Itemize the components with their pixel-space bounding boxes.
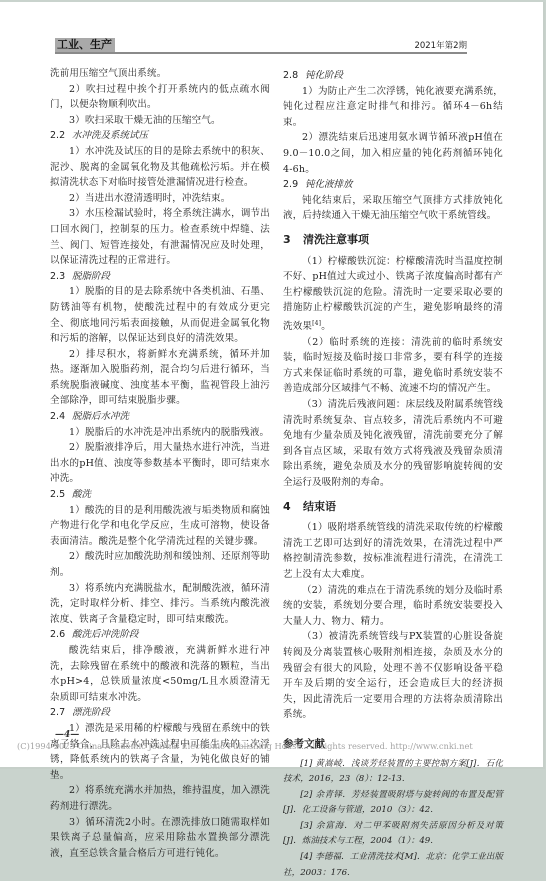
paragraph: 钝化结束后，采取压缩空气顶排方式排放钝化液，后持续通入干燥无油压缩空气吹干系统管… [283,193,503,224]
paragraph: 2）当进出水澄清透明时，冲洗结束。 [50,191,270,207]
paragraph: 3）吹扫采取干燥无油的压缩空气。 [50,113,270,129]
paragraph: 2）酸洗时应加酸洗助剂和缓蚀剂、还原剂等助剂。 [50,549,270,580]
paragraph: （1）柠檬酸铁沉淀：柠檬酸清洗时当温度控制不好、pH值过大或过小、铁离子浓度偏高… [283,254,503,335]
journal-page: 工业、生产 2021年第2期 洗前用压缩空气顶出系统。 2）吹扫过程中挨个打开系… [0,2,545,769]
section-heading-2-2: 2.2水冲洗及系统试压 [50,128,270,144]
paragraph: （3）清洗后残液问题：床层线及附属系统管线清洗时系统复杂、盲点较多，清洗后系统内… [283,397,503,491]
issue-label: 2021年第2期 [414,39,467,51]
paragraph: 2）吹扫过程中挨个打开系统内的低点疏水阀门，以便杂物顺利吹出。 [50,82,270,113]
section-heading-2-6: 2.6酸洗后冲洗阶段 [50,627,270,643]
paragraph: （2）清洗的难点在于清洗系统的划分及临时系统的安装，系统划分要合理，临时系统安装… [283,583,503,630]
paragraph: 3）水压检漏试验时，将全系统注满水，调节出口回水阀门，控制泵的压力。检查系统中焊… [50,206,270,268]
section-heading-2-5: 2.5酸洗 [50,487,270,503]
right-column: 2.8钝化阶段 1）为防止产生二次浮锈，钝化液要充满系统，钝化过程应注意定时排气… [283,68,503,771]
paragraph: 1）脱脂的目的是去除系统中各类机油、石墨、防锈油等有机物，使酸洗过程中的有效成分… [50,284,270,346]
page-number: —4— [55,730,79,740]
citation-link[interactable]: [4] [312,320,321,327]
section-heading-2-7: 2.7漂洗阶段 [50,705,270,721]
paragraph: 2）排尽积水，将新鲜水充满系统，循环并加热。逐渐加入脱脂药剂，混合均匀后进行循环… [50,347,270,409]
section-heading-3: 3清洗注意事项 [283,232,503,248]
paragraph: 2）脱脂液排净后，用大量热水进行冲洗，当进出水的pH值、浊度等参数基本平衡时，即… [50,440,270,487]
paragraph: （1）吸附塔系统管线的清洗采取传统的柠檬酸清洗工艺即可达到好的清洗效果，在清洗过… [283,520,503,582]
left-column: 洗前用压缩空气顶出系统。 2）吹扫过程中挨个打开系统内的低点疏水阀门，以便杂物顺… [50,66,270,771]
section-heading-2-9: 2.9钝化液排放 [283,177,503,193]
section-tag: 工业、生产 [55,38,115,52]
reference-item: [1] 黄嵩崚．浅谈芳烃装置的主要控制方案[J]．石化技术，2016，23（8）… [283,757,503,772]
page-header: 工业、生产 2021年第2期 [55,38,467,54]
copyright-notice: (C)1994-2023 China Academic Journal Elec… [17,741,473,751]
paragraph: 1）为防止产生二次浮锈，钝化液要充满系统，钝化过程应注意定时排气和排污。循环4－… [283,84,503,131]
section-heading-2-8: 2.8钝化阶段 [283,68,503,84]
paragraph: 1）酸洗的目的是利用酸洗液与垢类物质和腐蚀产物进行化学和电化学反应，生成可溶物，… [50,503,270,550]
paragraph: （2）临时系统的连接：清洗前的临时系统安装，临时短接及临时接口非常多，要有科学的… [283,335,503,397]
paragraph: （3）被清洗系统管线与PX装置的心脏设备旋转阀及分离装置核心吸附剂相连接，杂质及… [283,629,503,723]
paragraph: 1）水冲洗及试压的目的是除去系统中的积灰、泥沙、脱离的金属氧化物及其他疏松污垢。… [50,144,270,191]
paragraph: 酸洗结束后，排净酸液，充满新鲜水进行冲洗，去除残留在系统中的酸液和洗落的颗粒，当… [50,643,270,705]
paragraph: 3）将系统内充满脱盐水，配制酸洗液，循环清洗，定时取样分析、排空、排污。当系统内… [50,581,270,628]
paragraph: 洗前用压缩空气顶出系统。 [50,66,270,82]
section-heading-2-3: 2.3脱脂阶段 [50,269,270,285]
section-heading-2-4: 2.4脱脂后水冲洗 [50,409,270,425]
paragraph: 1）脱脂后的水冲洗是冲出系统内的脱脂残液。 [50,425,270,441]
section-heading-4: 4结束语 [283,499,503,515]
paragraph: 2）漂洗结束后迅速用氨水调节循环液pH值在9.0－10.0之间，加入相应量的钝化… [283,130,503,177]
